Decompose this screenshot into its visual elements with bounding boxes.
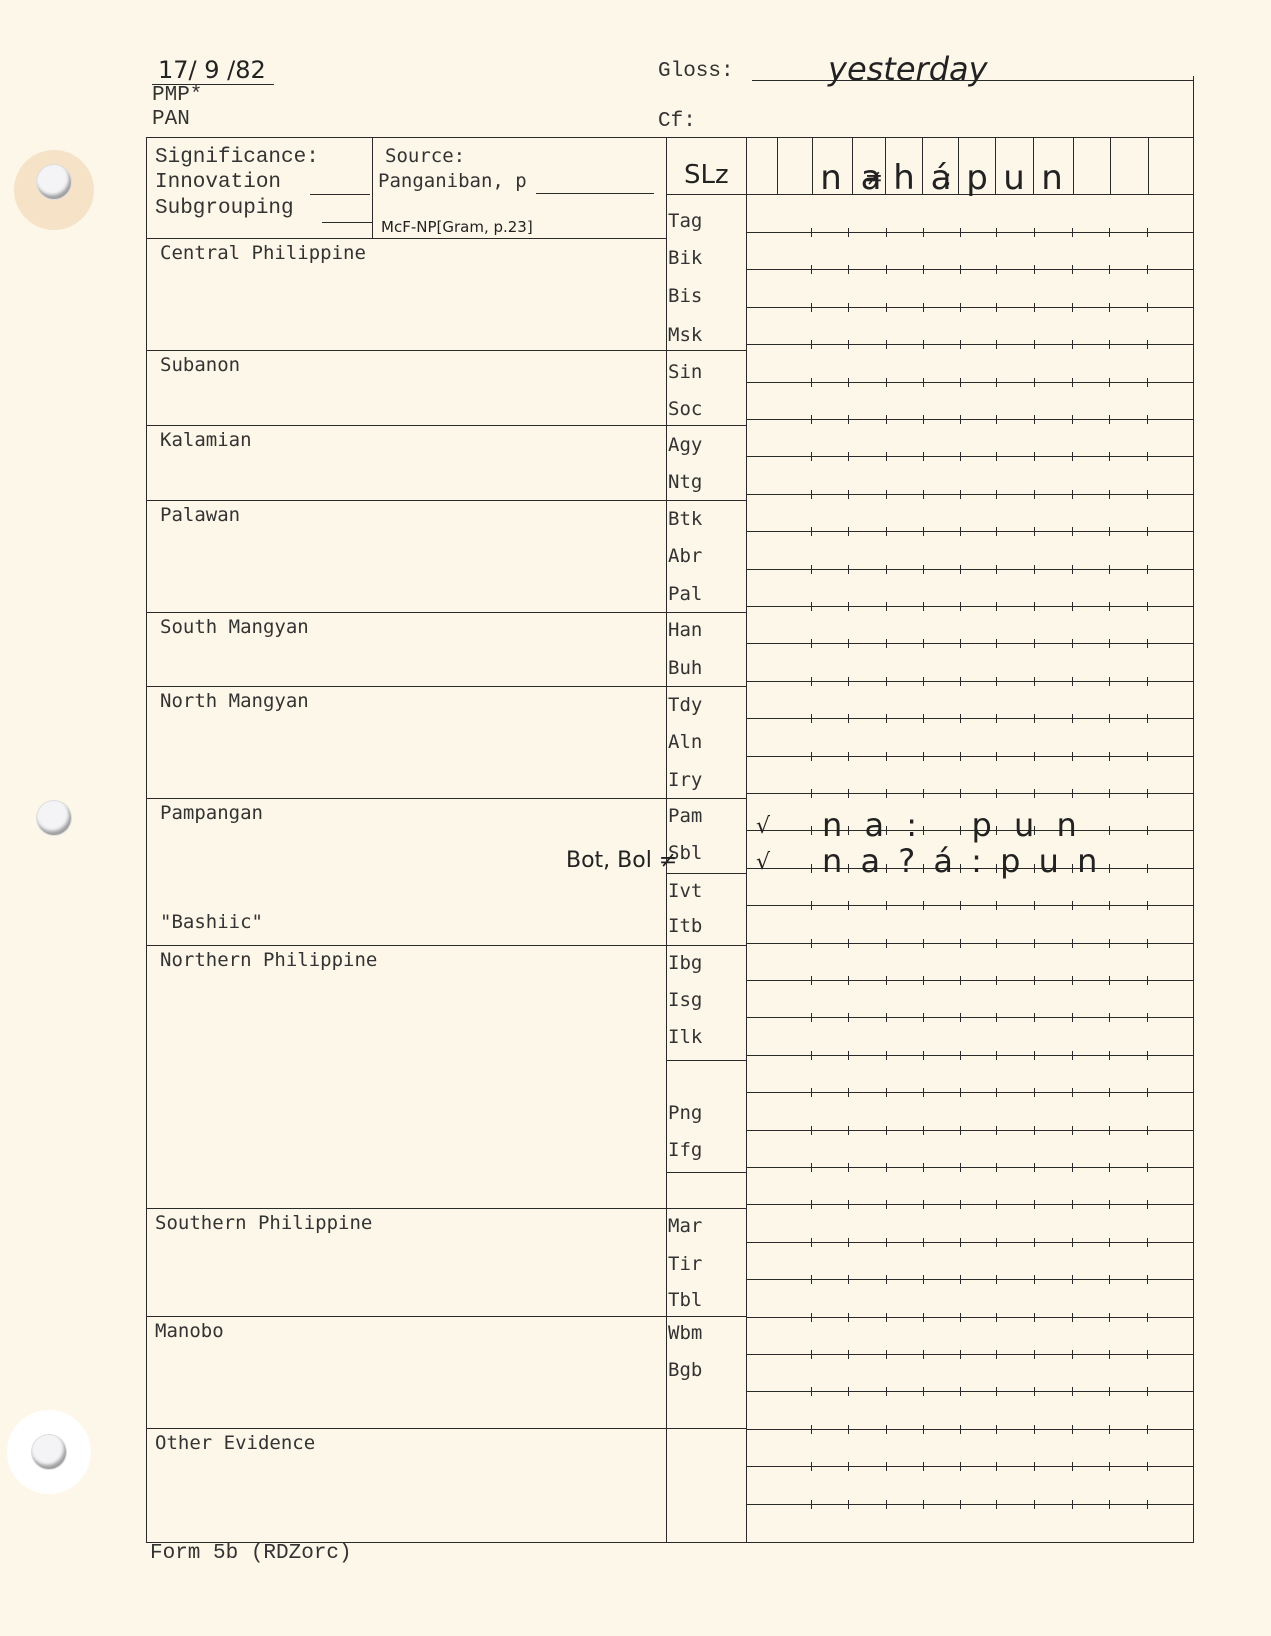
- language-code-ifg: Ifg: [668, 1139, 738, 1161]
- segment-tick: [1147, 677, 1148, 686]
- language-code-itb: Itb: [668, 915, 738, 937]
- segment-tick: [848, 1238, 849, 1247]
- segment-tick: [1109, 452, 1110, 461]
- segment-tick: [1147, 976, 1148, 985]
- segment-tick: [923, 1313, 924, 1322]
- segment-tick: [886, 1500, 887, 1509]
- level-pan: PAN: [152, 108, 190, 131]
- segment-tick: [811, 265, 812, 274]
- entry-row-line[interactable]: [746, 681, 1193, 682]
- segment-tick: [811, 714, 812, 723]
- entry-row-line[interactable]: [746, 1466, 1193, 1467]
- group-label: "Bashiic": [160, 911, 263, 933]
- segment-tick: [886, 228, 887, 237]
- segment-tick: [848, 789, 849, 798]
- segment-tick: [1072, 789, 1073, 798]
- reconstruction-segment[interactable]: n: [1033, 158, 1071, 198]
- segment-tick: [1072, 677, 1073, 686]
- entry-row-line[interactable]: [746, 1242, 1193, 1243]
- segment-tick: [811, 1126, 812, 1135]
- innovation-blank[interactable]: [310, 194, 370, 195]
- segment-tick: [1034, 1238, 1035, 1247]
- segment-tick: [996, 1088, 997, 1097]
- segment-tick: [886, 340, 887, 349]
- group-label: Other Evidence: [155, 1432, 315, 1454]
- segment-tick: [1109, 1126, 1110, 1135]
- entry-row-line[interactable]: [746, 905, 1193, 906]
- segment-tick: [960, 1462, 961, 1471]
- segment-tick: [1034, 1126, 1035, 1135]
- segment-tick: [886, 1051, 887, 1060]
- segment-tick: [886, 527, 887, 536]
- entry-row-line[interactable]: [746, 756, 1193, 757]
- segment-tick: [960, 1500, 961, 1509]
- entry-row-line[interactable]: [746, 1429, 1193, 1430]
- segment-tick: [811, 1425, 812, 1434]
- segment-tick: [1109, 1163, 1110, 1172]
- entry-row-line[interactable]: [746, 643, 1193, 644]
- segment-tick: [960, 1387, 961, 1396]
- entry-row-line[interactable]: [746, 606, 1193, 607]
- segment-tick: [811, 1462, 812, 1471]
- entry-row-line[interactable]: [746, 1017, 1193, 1018]
- segment-tick: [886, 452, 887, 461]
- language-code-bgb: Bgb: [668, 1359, 738, 1381]
- segment-tick: [848, 1163, 849, 1172]
- segment-tick: [1109, 527, 1110, 536]
- subgrouping-blank[interactable]: [322, 222, 372, 223]
- segment-tick: [811, 1387, 812, 1396]
- segment-tick: [923, 901, 924, 910]
- form-footer: Form 5b (RDZorc): [150, 1542, 352, 1565]
- segment-tick: [848, 378, 849, 387]
- reconstruction-lang: SLz: [684, 160, 729, 190]
- segment-tick: [811, 752, 812, 761]
- segment-tick: [923, 752, 924, 761]
- reconstruction-cell-divider: [746, 137, 747, 194]
- segment-tick: [1147, 565, 1148, 574]
- segment-tick: [811, 901, 812, 910]
- segment-tick: [886, 639, 887, 648]
- source-value: Panganiban, p: [378, 170, 527, 192]
- gloss-label: Gloss:: [658, 60, 734, 83]
- segment-tick: [811, 939, 812, 948]
- segment-tick: [811, 527, 812, 536]
- segment-tick: [996, 1387, 997, 1396]
- segment-tick: [996, 1350, 997, 1359]
- segment-tick: [923, 303, 924, 312]
- segment-tick: [848, 265, 849, 274]
- segment-tick: [996, 714, 997, 723]
- segment-tick: [923, 677, 924, 686]
- group-divider: [146, 612, 746, 613]
- segment-tick: [1034, 1387, 1035, 1396]
- segment-tick: [886, 303, 887, 312]
- entry-row-line[interactable]: [746, 1354, 1193, 1355]
- reconstruction-cell-divider: [777, 137, 778, 194]
- entry-row-line[interactable]: [746, 943, 1193, 944]
- segment-tick: [848, 677, 849, 686]
- language-code-han: Han: [668, 619, 738, 641]
- segment-tick: [996, 1425, 997, 1434]
- segment-tick: [996, 265, 997, 274]
- language-code-ntg: Ntg: [668, 471, 738, 493]
- segment-tick: [1109, 1051, 1110, 1060]
- segment-tick: [960, 976, 961, 985]
- segment-tick: [923, 228, 924, 237]
- pam-check: √: [756, 814, 770, 839]
- segment-tick: [886, 1275, 887, 1284]
- segment-tick: [886, 565, 887, 574]
- segment-tick: [1109, 901, 1110, 910]
- language-code-sbl: Sbl: [668, 842, 738, 864]
- reconstruction-cell-divider: [1073, 137, 1074, 194]
- entry-row-line[interactable]: [746, 1391, 1193, 1392]
- group-label: North Mangyan: [160, 690, 309, 712]
- segment-tick: [960, 228, 961, 237]
- segment-tick: [1034, 1500, 1035, 1509]
- segment-tick: [811, 303, 812, 312]
- segment-tick: [811, 228, 812, 237]
- segment-tick: [923, 1462, 924, 1471]
- source-note: McF-NP[Gram, p.23]: [381, 218, 533, 236]
- group-label: Manobo: [155, 1320, 224, 1342]
- entry-row-line[interactable]: [746, 1055, 1193, 1056]
- segment-tick: [848, 452, 849, 461]
- segment-tick: [1147, 1462, 1148, 1471]
- group-label: South Mangyan: [160, 616, 309, 638]
- segment-tick: [1034, 602, 1035, 611]
- segment-tick: [1109, 677, 1110, 686]
- group-label: Southern Philippine: [155, 1212, 372, 1234]
- form-right-border: [1193, 76, 1194, 1543]
- segment-tick: [996, 1275, 997, 1284]
- segment-tick: [960, 490, 961, 499]
- source-label: Source:: [385, 145, 465, 167]
- segment-tick: [1147, 789, 1148, 798]
- segment-tick: [886, 1013, 887, 1022]
- significance-subgrouping: Subgrouping: [155, 197, 294, 220]
- significance-source-divider: [372, 137, 373, 238]
- group-label: Kalamian: [160, 429, 252, 451]
- segment-tick: [1034, 752, 1035, 761]
- segment-tick: [1072, 527, 1073, 536]
- segment-tick: [960, 901, 961, 910]
- lang-divider: [666, 1172, 746, 1173]
- segment-tick: [1109, 340, 1110, 349]
- reconstruction-cell-divider: [1148, 137, 1149, 194]
- entry-row-line[interactable]: [746, 569, 1193, 570]
- segment-tick: [848, 639, 849, 648]
- segment-tick: [886, 939, 887, 948]
- entry-row-line[interactable]: [746, 1130, 1193, 1131]
- segment-tick: [848, 602, 849, 611]
- segment-tick: [886, 602, 887, 611]
- segment-tick: [1072, 452, 1073, 461]
- entry-row-line[interactable]: [746, 269, 1193, 270]
- segment-tick: [1147, 1500, 1148, 1509]
- segment-tick: [923, 639, 924, 648]
- segment-tick: [1109, 1313, 1110, 1322]
- language-code-iry: Iry: [668, 769, 738, 791]
- language-code-tbl: Tbl: [668, 1289, 738, 1311]
- entry-row-line[interactable]: [746, 793, 1193, 794]
- pam-form[interactable]: n a : p u n: [822, 806, 1083, 844]
- gloss-underline: [752, 80, 1194, 81]
- segment-tick: [1147, 1200, 1148, 1209]
- segment-tick: [886, 490, 887, 499]
- reconstruction-segment[interactable]: ≠: [864, 166, 884, 191]
- entry-row-line[interactable]: [746, 531, 1193, 532]
- segment-tick: [1147, 1387, 1148, 1396]
- segment-tick: [848, 565, 849, 574]
- group-divider: [146, 1208, 746, 1209]
- segment-tick: [996, 452, 997, 461]
- segment-tick: [848, 752, 849, 761]
- segment-tick: [811, 1350, 812, 1359]
- group-label: Palawan: [160, 504, 240, 526]
- segment-tick: [1109, 602, 1110, 611]
- reconstruction-segment[interactable]: :: [938, 166, 958, 191]
- segment-tick: [923, 1051, 924, 1060]
- segment-tick: [960, 565, 961, 574]
- entry-row-line[interactable]: [746, 1504, 1193, 1505]
- segment-tick: [886, 714, 887, 723]
- segment-tick: [811, 602, 812, 611]
- segment-tick: [1147, 1350, 1148, 1359]
- segment-tick: [923, 527, 924, 536]
- segment-tick: [960, 303, 961, 312]
- segment-tick: [960, 415, 961, 424]
- segment-tick: [886, 901, 887, 910]
- group-divider: [146, 350, 746, 351]
- reconstruction-segment[interactable]: n: [812, 158, 850, 198]
- segment-tick: [1034, 303, 1035, 312]
- segment-tick: [1034, 789, 1035, 798]
- language-code-ibg: Ibg: [668, 952, 738, 974]
- segment-tick: [996, 1013, 997, 1022]
- segment-tick: [923, 1350, 924, 1359]
- segment-tick: [1147, 452, 1148, 461]
- segment-tick: [848, 340, 849, 349]
- segment-tick: [811, 490, 812, 499]
- segment-tick: [1109, 1425, 1110, 1434]
- segment-tick: [1072, 1425, 1073, 1434]
- segment-tick: [996, 1462, 997, 1471]
- entry-row-line[interactable]: [746, 718, 1193, 719]
- segment-tick: [1034, 527, 1035, 536]
- segment-tick: [1034, 976, 1035, 985]
- segment-tick: [1109, 1387, 1110, 1396]
- segment-tick: [848, 1425, 849, 1434]
- segment-tick: [1034, 677, 1035, 686]
- segment-tick: [1034, 1313, 1035, 1322]
- segment-tick: [1034, 415, 1035, 424]
- significance-box-bottom: [146, 238, 666, 239]
- level-pmp: PMP*: [152, 84, 202, 107]
- segment-tick: [1072, 1051, 1073, 1060]
- segment-tick: [848, 1126, 849, 1135]
- segment-tick: [1109, 826, 1110, 835]
- segment-tick: [848, 415, 849, 424]
- language-code-abr: Abr: [668, 545, 738, 567]
- group-label: Central Philippine: [160, 242, 366, 264]
- segment-tick: [996, 976, 997, 985]
- segment-tick: [848, 527, 849, 536]
- segment-tick: [848, 1387, 849, 1396]
- language-code-ilk: Ilk: [668, 1026, 738, 1048]
- segment-tick: [1109, 565, 1110, 574]
- group-divider: [146, 500, 746, 501]
- segment-tick: [960, 1275, 961, 1284]
- segment-tick: [1147, 415, 1148, 424]
- segment-tick: [1072, 1200, 1073, 1209]
- segment-tick: [1147, 714, 1148, 723]
- form-top-border-left: [146, 137, 666, 138]
- segment-tick: [1034, 228, 1035, 237]
- segment-tick: [811, 1013, 812, 1022]
- segment-tick: [1109, 1238, 1110, 1247]
- segment-tick: [848, 1088, 849, 1097]
- segment-tick: [848, 303, 849, 312]
- segment-tick: [996, 602, 997, 611]
- entry-row-line[interactable]: [746, 419, 1193, 420]
- segment-tick: [1034, 1350, 1035, 1359]
- segment-tick: [923, 714, 924, 723]
- segment-tick: [996, 1200, 997, 1209]
- segment-tick: [848, 1275, 849, 1284]
- segment-tick: [1147, 1238, 1148, 1247]
- language-code-pal: Pal: [668, 583, 738, 605]
- entry-row-line[interactable]: [746, 1317, 1193, 1318]
- segment-tick: [1072, 265, 1073, 274]
- group-label: Subanon: [160, 354, 240, 376]
- segment-tick: [848, 1350, 849, 1359]
- segment-tick: [1072, 1126, 1073, 1135]
- segment-tick: [1109, 415, 1110, 424]
- segment-tick: [960, 1013, 961, 1022]
- segment-tick: [848, 1462, 849, 1471]
- segment-tick: [960, 1051, 961, 1060]
- group-divider: [146, 945, 746, 946]
- segment-tick: [1147, 1051, 1148, 1060]
- entry-row-line[interactable]: [746, 1167, 1193, 1168]
- segment-tick: [1072, 340, 1073, 349]
- entry-row-line[interactable]: [746, 307, 1193, 308]
- segment-tick: [1072, 714, 1073, 723]
- language-code-buh: Buh: [668, 657, 738, 679]
- segment-tick: [960, 939, 961, 948]
- group-label: Pampangan: [160, 802, 263, 824]
- segment-tick: [886, 1163, 887, 1172]
- gloss-value[interactable]: yesterday: [828, 50, 988, 88]
- segment-tick: [1147, 1425, 1148, 1434]
- segment-tick: [1147, 1163, 1148, 1172]
- reconstruction-segment[interactable]: p: [958, 158, 996, 198]
- language-code-tir: Tir: [668, 1253, 738, 1275]
- segment-tick: [886, 1350, 887, 1359]
- entry-row-line[interactable]: [746, 980, 1193, 981]
- segment-tick: [1072, 602, 1073, 611]
- segment-tick: [1109, 639, 1110, 648]
- segment-tick: [811, 1051, 812, 1060]
- segment-tick: [1147, 1013, 1148, 1022]
- entry-row-line[interactable]: [746, 232, 1193, 233]
- entry-row-line[interactable]: [746, 382, 1193, 383]
- group-label: Northern Philippine: [160, 949, 377, 971]
- entry-row-line[interactable]: [746, 456, 1193, 457]
- segment-tick: [886, 677, 887, 686]
- language-code-btk: Btk: [668, 508, 738, 530]
- segment-tick: [996, 677, 997, 686]
- segment-tick: [811, 415, 812, 424]
- entry-row-line[interactable]: [746, 1092, 1193, 1093]
- entry-row-line[interactable]: [746, 1279, 1193, 1280]
- segment-tick: [1072, 1350, 1073, 1359]
- segment-tick: [811, 1275, 812, 1284]
- language-code-png: Png: [668, 1102, 738, 1124]
- segment-tick: [1109, 1500, 1110, 1509]
- segment-tick: [1109, 1350, 1110, 1359]
- cf-label: Cf:: [658, 110, 696, 133]
- segment-tick: [923, 1126, 924, 1135]
- segment-tick: [996, 490, 997, 499]
- segment-tick: [960, 789, 961, 798]
- entry-row-line[interactable]: [746, 344, 1193, 345]
- segment-tick: [886, 265, 887, 274]
- source-page-blank[interactable]: [536, 193, 654, 194]
- segment-tick: [996, 901, 997, 910]
- group-divider: [146, 798, 746, 799]
- segment-tick: [1147, 864, 1148, 873]
- segment-tick: [1034, 1163, 1035, 1172]
- segment-tick: [1034, 378, 1035, 387]
- segment-tick: [1072, 1313, 1073, 1322]
- segment-tick: [811, 1200, 812, 1209]
- reconstruction-segment[interactable]: u: [995, 158, 1033, 198]
- sbl-form[interactable]: n a ? á : p u n: [822, 842, 1101, 880]
- segment-tick: [1034, 452, 1035, 461]
- segment-tick: [923, 976, 924, 985]
- segment-tick: [848, 1313, 849, 1322]
- segment-tick: [811, 864, 812, 873]
- segment-tick: [848, 1013, 849, 1022]
- segment-tick: [1034, 639, 1035, 648]
- language-code-tdy: Tdy: [668, 694, 738, 716]
- segment-tick: [1147, 228, 1148, 237]
- segment-tick: [1109, 976, 1110, 985]
- segment-tick: [923, 1088, 924, 1097]
- entry-row-line[interactable]: [746, 494, 1193, 495]
- segment-tick: [1034, 1425, 1035, 1434]
- reconstruction-segment[interactable]: h: [885, 158, 923, 198]
- segment-tick: [1072, 1387, 1073, 1396]
- segment-tick: [1072, 1013, 1073, 1022]
- segment-tick: [1147, 1313, 1148, 1322]
- date: 17/ 9 /82: [158, 56, 266, 84]
- entry-row-line[interactable]: [746, 1204, 1193, 1205]
- segment-tick: [811, 1500, 812, 1509]
- segment-tick: [1072, 1500, 1073, 1509]
- segment-tick: [1109, 1462, 1110, 1471]
- segment-tick: [848, 976, 849, 985]
- segment-tick: [886, 1238, 887, 1247]
- segment-tick: [923, 1238, 924, 1247]
- segment-tick: [1034, 265, 1035, 274]
- segment-tick: [996, 1313, 997, 1322]
- hole-punch-top: [37, 165, 71, 199]
- segment-tick: [960, 677, 961, 686]
